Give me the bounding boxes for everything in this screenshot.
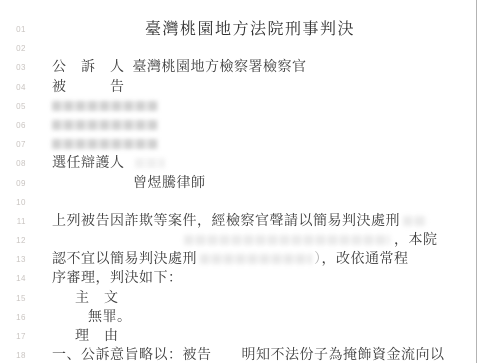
counsel-name-line: 曾煜騰律師 [52,174,206,193]
line-row-09: 09 曾煜騰律師 [0,174,474,193]
counsel-name: 曾煜騰律師 [133,176,206,191]
body-text: 認不宜以簡易判決處刑 [52,252,197,267]
defendant-line: 被 告 [52,78,125,97]
body-text: 上列被告因詐欺等案件，經檢察官聲請以簡易判決處刑 [52,214,400,229]
line-number: 10 [0,193,26,212]
line-row-02: 02 [0,39,474,58]
redacted-line [52,135,158,154]
line-row-04: 04 被 告 [0,78,474,97]
body-text: 明知不法份子為掩飾資金流向以 [242,348,445,363]
line-row-16: 16 無罪。 [0,308,474,327]
indent-spacer [52,186,133,187]
line-number: 12 [0,231,26,250]
redacted-text [135,158,165,168]
body-text-line: 一、公訴意旨略以：被告明知不法份子為掩飾資金流向以 [52,346,445,363]
line-row-08: 08 選任辯護人 [0,154,474,173]
line-number: 17 [0,327,26,346]
indent-spacer [52,320,88,321]
redacted-text [200,254,312,264]
body-text: 一、公訴意旨略以：被告 [52,348,212,363]
line-row-10: 10 [0,193,474,212]
line-number: 16 [0,308,26,327]
line-number: 08 [0,154,26,173]
line-number: 09 [0,174,26,193]
redacted-line [52,97,158,116]
redacted-line [52,116,158,135]
main-text-heading-line: 主 文 [52,289,119,308]
main-text-heading: 主 文 [75,291,119,306]
line-row-13: 13 認不宜以簡易判決處刑），改依通常程 [0,250,474,269]
line-row-03: 03 公 訴 人臺灣桃園地方檢察署檢察官 [0,58,474,77]
redacted-text [184,235,390,245]
redacted-text [52,120,158,130]
line-number: 06 [0,116,26,135]
line-number: 11 [0,212,26,231]
line-row-06: 06 [0,116,474,135]
line-number: 04 [0,78,26,97]
line-number: 13 [0,250,26,269]
indent-spacer [52,301,75,302]
line-number: 15 [0,289,26,308]
line-number: 05 [0,97,26,116]
judgment-document-page: 01 臺灣桃園地方法院刑事判決 02 03 公 訴 人臺灣桃園地方檢察署檢察官 … [0,0,480,363]
prosecutor-label: 公 訴 人 [52,60,125,75]
indent-spacer [52,243,184,244]
line-row-17: 17 理 由 [0,327,474,346]
redacted-text [52,101,158,111]
redacted-text [52,139,158,149]
line-row-12: 12 ，本院 [0,231,474,250]
body-text-line: 上列被告因詐欺等案件，經檢察官聲請以簡易判決處刑 [52,212,427,231]
indent-spacer [52,339,75,340]
line-number: 02 [0,39,26,58]
redacted-gap [212,358,242,359]
reasons-heading: 理 由 [75,329,119,344]
line-row-14: 14 序審理，判決如下： [0,269,474,288]
line-number: 07 [0,135,26,154]
line-number: 14 [0,269,26,288]
title-line: 臺灣桃園地方法院刑事判決 [52,20,355,40]
line-row-05: 05 [0,97,474,116]
faint-paren: ） [314,252,322,267]
prosecutor-line: 公 訴 人臺灣桃園地方檢察署檢察官 [52,58,307,77]
line-row-11: 11 上列被告因詐欺等案件，經檢察官聲請以簡易判決處刑 [0,212,474,231]
line-row-18: 18 一、公訴意旨略以：被告明知不法份子為掩飾資金流向以 [0,346,474,363]
reasons-heading-line: 理 由 [52,327,119,346]
court-title: 臺灣桃園地方法院刑事判決 [145,21,355,38]
indent-spacer [52,33,145,34]
body-text: ，改依通常程 [322,252,409,267]
counsel-label: 選任辯護人 [52,156,125,171]
line-row-07: 07 [0,135,474,154]
body-text: 序審理，判決如下： [52,271,183,286]
line-number: 01 [0,20,26,39]
defendant-label: 被 告 [52,80,125,95]
body-text-line: 認不宜以簡易判決處刑），改依通常程 [52,250,409,269]
redacted-text [403,216,427,226]
verdict-text: 無罪。 [88,310,132,325]
document-lines: 01 臺灣桃園地方法院刑事判決 02 03 公 訴 人臺灣桃園地方檢察署檢察官 … [0,20,474,363]
verdict-line: 無罪。 [52,308,132,327]
body-text-line: 序審理，判決如下： [52,269,183,288]
page-edge-line [476,0,477,363]
body-text-line: ，本院 [52,231,438,250]
line-number: 03 [0,58,26,77]
prosecutor-name: 臺灣桃園地方檢察署檢察官 [133,60,307,75]
line-row-15: 15 主 文 [0,289,474,308]
line-row-01: 01 臺灣桃園地方法院刑事判決 [0,20,474,39]
body-text: ，本院 [394,233,438,248]
counsel-line: 選任辯護人 [52,154,165,173]
line-number: 18 [0,346,26,363]
